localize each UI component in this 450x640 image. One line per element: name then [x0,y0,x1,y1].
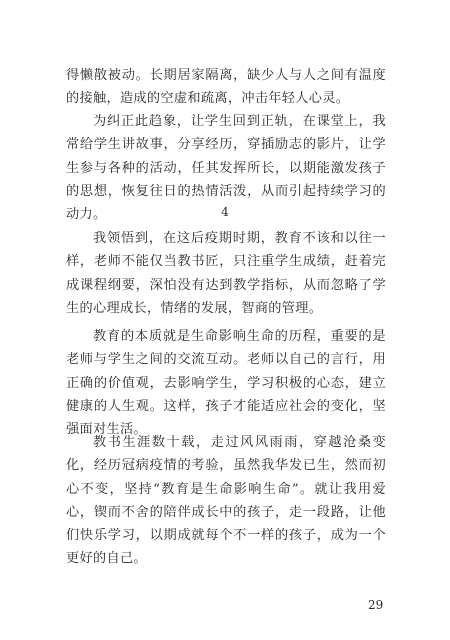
section-number: 4 [0,203,450,221]
paragraph-text: 我领悟到，在这后疫期时期，教育不该和以往一样，老师不能仅当教书匠，只注重学生成绩… [66,227,386,320]
paragraph-text: 得懒散被动。长期居家隔离，缺少人与人之间有温度的接触，造成的空虚和疏离，冲击年轻… [66,64,386,111]
paragraph-text: 教书生涯数十载，走过风风雨雨，穿越沧桑变化，经历冠病疫情的考验，虽然我华发已生，… [66,431,386,571]
paragraph-realization: 我领悟到，在这后疫期时期，教育不该和以往一样，老师不能仅当教书匠，只注重学生成绩… [66,227,386,320]
paragraph-text: 教育的本质就是生命影响生命的历程，重要的是老师与学生之间的交流互动。老师以自己的… [66,325,386,441]
page-number: 29 [368,597,383,613]
paragraph-continuation: 得懒散被动。长期居家隔离，缺少人与人之间有温度的接触，造成的空虚和疏离，冲击年轻… [66,64,386,111]
paragraph-career: 教书生涯数十载，走过风风雨雨，穿越沧桑变化，经历冠病疫情的考验，虽然我华发已生，… [66,431,386,571]
paragraph-essence: 教育的本质就是生命影响生命的历程，重要的是老师与学生之间的交流互动。老师以自己的… [66,325,386,441]
document-page: 得懒散被动。长期居家隔离，缺少人与人之间有温度的接触，造成的空虚和疏离，冲击年轻… [0,0,450,640]
